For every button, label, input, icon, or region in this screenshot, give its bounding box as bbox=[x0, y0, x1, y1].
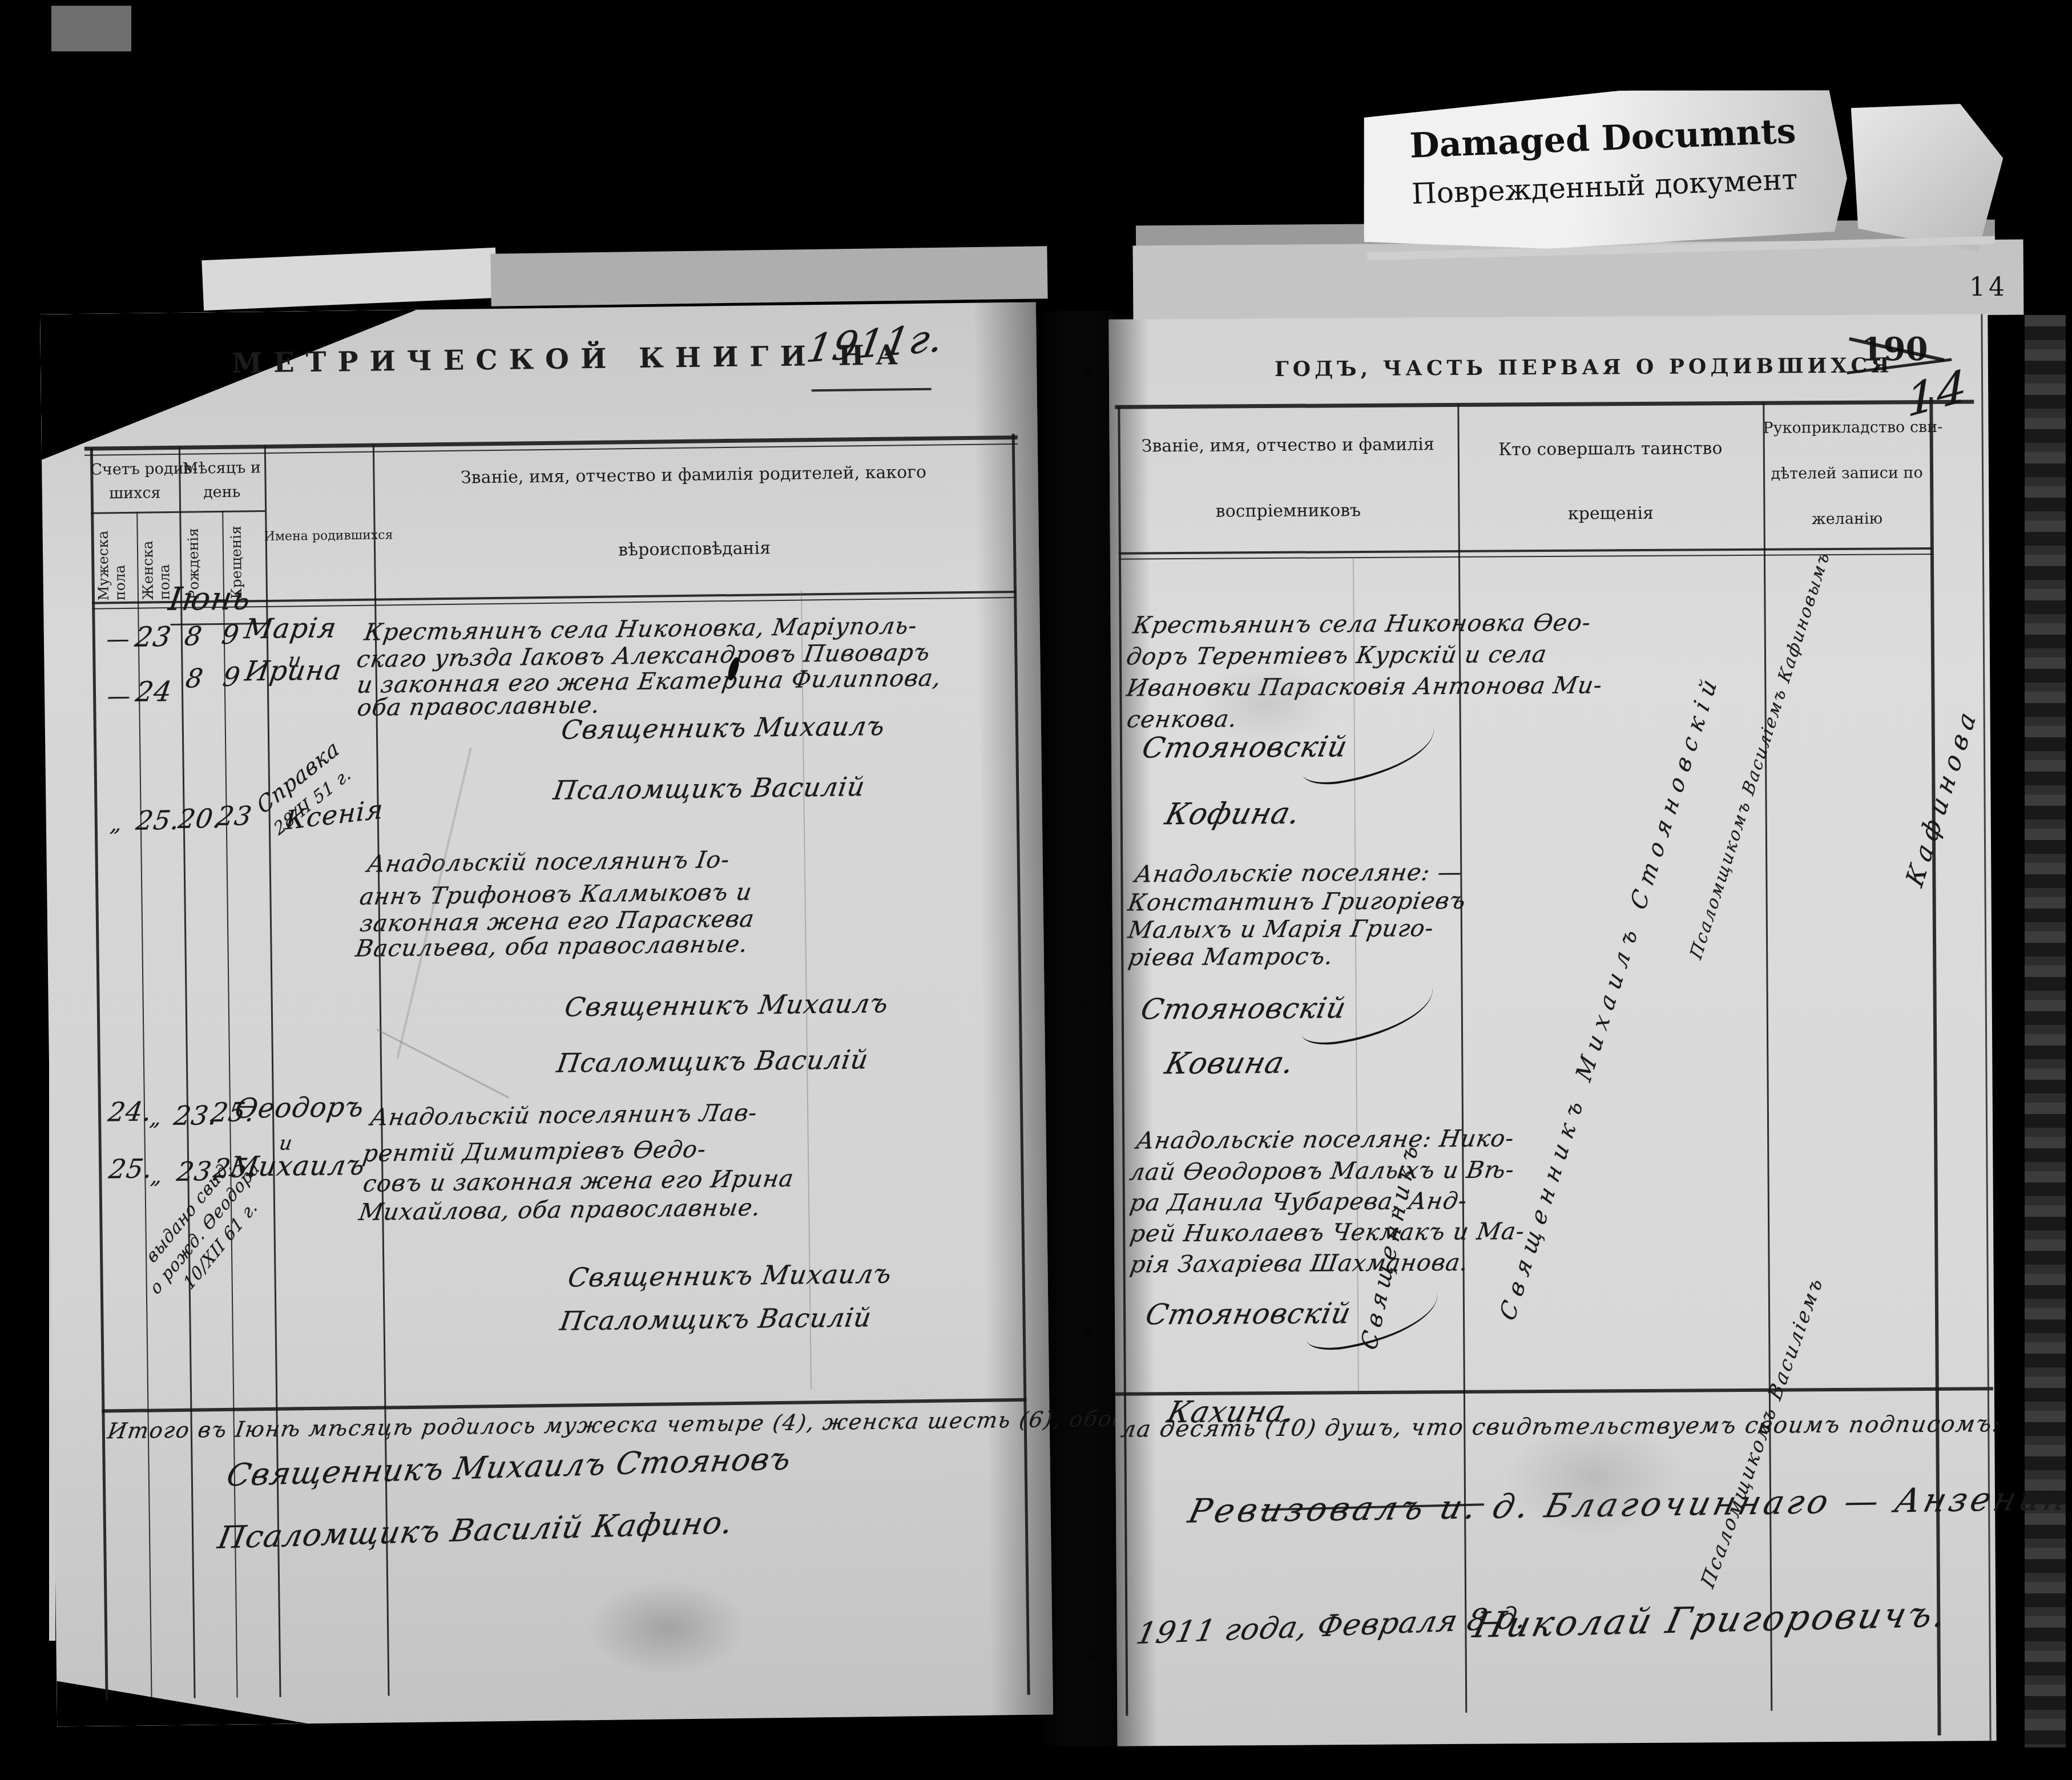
paper-strip bbox=[490, 246, 1047, 306]
stitch-hole bbox=[1083, 368, 1092, 379]
row-female-count: 25. bbox=[134, 805, 182, 836]
damaged-label-english: Damaged Documnts bbox=[1360, 110, 1846, 168]
officiant-diagonal-note: Псаломщикомъ Василіемъ bbox=[1697, 1345, 1802, 1592]
column-header-month2: день bbox=[179, 483, 265, 502]
metric-book-year: 1911г. bbox=[803, 316, 947, 372]
column-header-names: Имена родившихся bbox=[264, 528, 376, 544]
godparents-line: ріева Матросъ. bbox=[1127, 942, 1336, 971]
godparents-line: Анадольскіе поселяне: — bbox=[1133, 858, 1464, 888]
godparents-line: Ивановки Парасковія Антонова Ми- bbox=[1125, 671, 1605, 701]
row-baptism-day: 9 bbox=[220, 619, 241, 649]
parents-line: Васильева, оба православные. bbox=[354, 930, 750, 962]
row-birth-day: 8 bbox=[183, 620, 204, 651]
column-header-witnesses-2: дѣтелей записи по bbox=[1763, 464, 1930, 483]
rule bbox=[1115, 399, 1974, 409]
parents-line: Михайлова, оба православные. bbox=[357, 1193, 763, 1226]
row-female-count: 24 bbox=[134, 676, 174, 708]
row-baptism-day: 9 bbox=[221, 661, 243, 692]
child-name: Марія bbox=[243, 612, 339, 645]
godparents-line: рія Захаріева Шахманова. bbox=[1128, 1249, 1470, 1278]
row-male-count: „ bbox=[109, 811, 124, 836]
column-header-witnesses-3: желанію bbox=[1763, 510, 1930, 528]
stitch-hole bbox=[1081, 1000, 1089, 1010]
column-header-parents-1: Званіе, имя, отчество и фамилія родителе… bbox=[374, 461, 1012, 489]
month-label: Іюнь bbox=[166, 580, 253, 618]
godparents-line: Малыхъ и Марія Григо- bbox=[1126, 914, 1436, 943]
column-header-godparents-1: Званіе, имя, отчество и фамилія bbox=[1118, 434, 1458, 457]
child-name: Ѳеодоръ bbox=[233, 1091, 366, 1125]
row-male-count: — bbox=[105, 626, 132, 653]
page-number-printed: 14 bbox=[1969, 273, 2008, 302]
godparents-line: доръ Терентіевъ Курскій и села bbox=[1124, 640, 1549, 671]
row-female-count: 23 bbox=[133, 621, 174, 653]
parents-line: рентій Димитріевъ Ѳедо- bbox=[361, 1136, 708, 1167]
torn-corner bbox=[40, 310, 418, 460]
torn-corner bbox=[57, 1678, 308, 1726]
godparents-line: лай Ѳеодоровъ Малыхъ и Вѣ- bbox=[1128, 1156, 1517, 1185]
column-header-count: Счетъ родив- bbox=[90, 460, 179, 479]
damaged-documents-label: Damaged Documnts Поврежденный документ bbox=[1359, 82, 1849, 256]
gutter-shadow bbox=[1108, 319, 1157, 1746]
psalmist-signature-entry: Ковина. bbox=[1162, 1046, 1298, 1081]
column-header-male: Мужеска пола bbox=[95, 518, 134, 601]
revision-dean-name: Николай Григоровичъ. bbox=[1469, 1593, 1952, 1646]
stitch-hole bbox=[1085, 1327, 1093, 1338]
left-page: МЕТРИЧЕСКОЙ КНИГИ НА 1911г. Счетъ родив-… bbox=[40, 302, 1053, 1726]
row-male-count: — bbox=[106, 683, 133, 710]
godparents-line: Анадольскіе поселяне: Нико- bbox=[1135, 1124, 1517, 1154]
rule bbox=[1929, 397, 1941, 1735]
rule bbox=[1119, 554, 1932, 560]
rule bbox=[1981, 314, 1991, 1741]
binding-gutter bbox=[1041, 311, 1116, 1746]
officiant-diagonal-note: Священникъ Михаилъ Стояновскій bbox=[1495, 775, 1690, 1325]
column-header-count2: шихся bbox=[91, 484, 179, 503]
paper-strip bbox=[201, 248, 497, 310]
row-male-count: 24. bbox=[106, 1096, 154, 1127]
godparents-line: рей Николаевъ Чекмакъ и Ма- bbox=[1128, 1217, 1527, 1247]
rule bbox=[1119, 547, 1932, 555]
psalmist-signature: Псаломщикъ Василій Кафино. bbox=[215, 1504, 736, 1556]
column-header-officiant-1: Кто совершалъ таинство bbox=[1458, 438, 1763, 460]
parents-line: Анадольскій поселянинъ Іо- bbox=[365, 846, 732, 878]
column-header-godparents-2: воспріемниковъ bbox=[1118, 500, 1458, 522]
psalmist-note: Псаломщикъ Василій bbox=[555, 1044, 870, 1079]
godparents-line: ра Данила Чубарева, Анд- bbox=[1128, 1187, 1469, 1217]
column-header-parents-2: вѣроисповѣданія bbox=[376, 535, 1013, 563]
priest-signature: Священникъ Михаилъ Стояновъ bbox=[224, 1440, 794, 1493]
rule bbox=[91, 510, 265, 514]
smudge bbox=[1196, 660, 1334, 746]
column-header-officiant-2: крещенія bbox=[1458, 503, 1763, 524]
book-edge bbox=[2022, 315, 2066, 1747]
signature-flourish bbox=[1295, 972, 1439, 1050]
rule bbox=[812, 388, 932, 392]
folio-handwritten: 14 bbox=[1905, 360, 1969, 427]
row-birth-day: 8 bbox=[184, 663, 205, 693]
damaged-label-russian: Поврежденный документ bbox=[1361, 161, 1848, 213]
godparents-line: Крестьянинъ села Никоновка Ѳео- bbox=[1131, 609, 1593, 639]
officiant-diagonal-note: Кафинова bbox=[1901, 734, 1973, 891]
pencil-mark bbox=[377, 1029, 509, 1099]
priest-note: Священникъ Михаилъ bbox=[559, 711, 887, 745]
column-header-witnesses-1: Рукоприкладство сви- bbox=[1763, 418, 1930, 437]
psalmist-signature-entry: Кофина. bbox=[1162, 797, 1304, 832]
column-header-month: Мѣсяцъ и bbox=[179, 459, 264, 478]
rule bbox=[84, 435, 1018, 451]
stitch-hole bbox=[1086, 1649, 1095, 1660]
torn-paper-piece bbox=[1841, 96, 2006, 253]
smudge bbox=[586, 1579, 747, 1677]
rule bbox=[90, 448, 108, 1701]
psalmist-note: Псаломщикъ Василій bbox=[551, 771, 867, 806]
priest-note: Священникъ Михаилъ bbox=[563, 988, 890, 1023]
child-name: Ирина bbox=[243, 654, 344, 687]
parents-line: совъ и законная жена его Ирина bbox=[361, 1165, 796, 1197]
paper-strip bbox=[51, 6, 131, 51]
right-page: ГОДЪ, ЧАСТЬ ПЕРВАЯ О РОДИВШИХСЯ 190 14 З… bbox=[1108, 314, 1996, 1746]
register-part-title: ГОДЪ, ЧАСТЬ ПЕРВАЯ О РОДИВШИХСЯ bbox=[1275, 353, 1893, 381]
row-male-count: 25. bbox=[107, 1153, 155, 1184]
priest-note: Священникъ Михаилъ bbox=[566, 1258, 894, 1293]
parents-line: Анадольскій поселянинъ Лав- bbox=[369, 1099, 759, 1131]
smudge bbox=[1503, 1418, 1687, 1539]
godparents-line: Константинъ Григоріевъ bbox=[1126, 887, 1468, 917]
marginal-note-spravka: Справка 28/ІІ 51 г. bbox=[227, 714, 384, 865]
psalmist-note: Псаломщикъ Василій bbox=[558, 1302, 874, 1337]
